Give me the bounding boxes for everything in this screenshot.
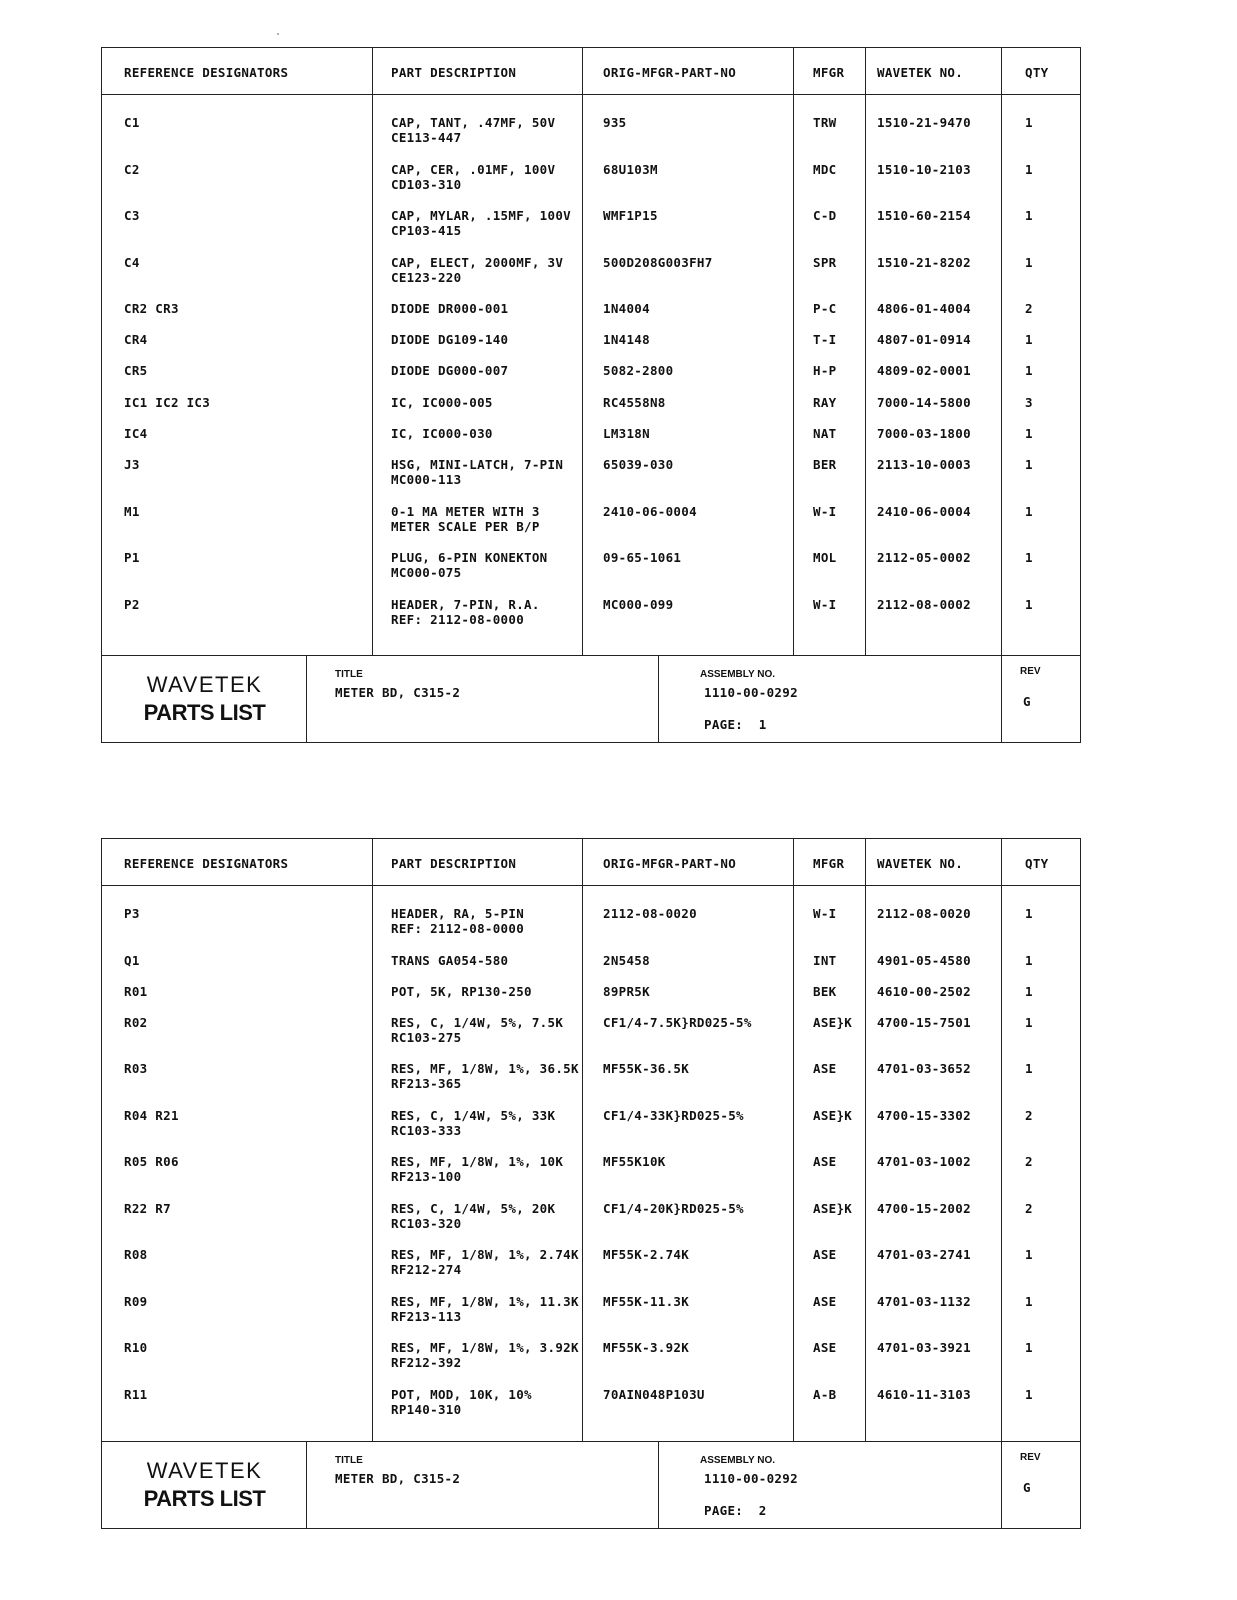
wavetek-no-cell: 2410-06-0004	[877, 504, 971, 519]
wavetek-no-cell: 1510-21-8202	[877, 255, 971, 270]
quantity-cell: 1	[1025, 363, 1033, 378]
part-description-cell: RES, MF, 1/8W, 1%, 2.74K RF212-274	[391, 1247, 579, 1277]
rev-label: REV	[1020, 666, 1041, 677]
reference-designator-cell: R09	[124, 1294, 147, 1309]
part-description-cell: POT, MOD, 10K, 10% RP140-310	[391, 1387, 532, 1417]
quantity-cell: 1	[1025, 1387, 1033, 1402]
header-qty: QTY	[1025, 48, 1048, 94]
wavetek-no-cell: 4701-03-2741	[877, 1247, 971, 1262]
wavetek-logo: WAVETEK PARTS LIST	[102, 656, 307, 742]
reference-designator-cell: C4	[124, 255, 140, 270]
wavetek-no-cell: 2112-05-0002	[877, 550, 971, 565]
orig-mfgr-part-no-cell: 2410-06-0004	[603, 504, 697, 519]
part-description-cell: RES, C, 1/4W, 5%, 33K RC103-333	[391, 1108, 555, 1138]
reference-designator-cell: R05 R06	[124, 1154, 179, 1169]
part-description-cell: PLUG, 6-PIN KONEKTON MC000-075	[391, 550, 548, 580]
header-wavetek-no: WAVETEK NO.	[877, 839, 963, 885]
quantity-cell: 1	[1025, 953, 1033, 968]
column-divider	[793, 48, 794, 656]
assembly-number: 1110-00-0292	[704, 685, 798, 700]
mfgr-cell: INT	[813, 953, 836, 968]
mfgr-cell: TRW	[813, 115, 836, 130]
wavetek-no-cell: 4701-03-1002	[877, 1154, 971, 1169]
reference-designator-cell: R01	[124, 984, 147, 999]
orig-mfgr-part-no-cell: LM318N	[603, 426, 650, 441]
part-description-cell: IC, IC000-030	[391, 426, 493, 441]
orig-mfgr-part-no-cell: 70AIN048P103U	[603, 1387, 705, 1402]
part-description-cell: RES, C, 1/4W, 5%, 20K RC103-320	[391, 1201, 555, 1231]
mfgr-cell: BEK	[813, 984, 836, 999]
orig-mfgr-part-no-cell: 500D208G003FH7	[603, 255, 713, 270]
wavetek-no-cell: 4701-03-3652	[877, 1061, 971, 1076]
wavetek-no-cell: 1510-10-2103	[877, 162, 971, 177]
mfgr-cell: NAT	[813, 426, 836, 441]
part-description-cell: CAP, CER, .01MF, 100V CD103-310	[391, 162, 555, 192]
orig-mfgr-part-no-cell: 2N5458	[603, 953, 650, 968]
quantity-cell: 1	[1025, 426, 1033, 441]
orig-mfgr-part-no-cell: MF55K10K	[603, 1154, 666, 1169]
reference-designator-cell: R04 R21	[124, 1108, 179, 1123]
divider	[306, 1442, 307, 1528]
quantity-cell: 1	[1025, 1247, 1033, 1262]
reference-designator-cell: CR5	[124, 363, 147, 378]
revision: G	[1023, 1480, 1031, 1495]
wavetek-no-cell: 4610-00-2502	[877, 984, 971, 999]
reference-designator-cell: C1	[124, 115, 140, 130]
orig-mfgr-part-no-cell: WMF1P15	[603, 208, 658, 223]
assembly-no-label: ASSEMBLY NO.	[700, 1455, 775, 1466]
orig-mfgr-part-no-cell: 935	[603, 115, 626, 130]
part-description-cell: RES, MF, 1/8W, 1%, 3.92K RF212-392	[391, 1340, 579, 1370]
part-description-cell: DIODE DG109-140	[391, 332, 508, 347]
mfgr-cell: RAY	[813, 395, 836, 410]
part-description-cell: RES, C, 1/4W, 5%, 7.5K RC103-275	[391, 1015, 563, 1045]
wavetek-no-cell: 4806-01-4004	[877, 301, 971, 316]
part-description-cell: HEADER, 7-PIN, R.A. REF: 2112-08-0000	[391, 597, 540, 627]
column-divider	[372, 839, 373, 1442]
divider	[658, 656, 659, 742]
quantity-cell: 2	[1025, 301, 1033, 316]
page-number: PAGE: 1	[704, 717, 767, 732]
orig-mfgr-part-no-cell: MF55K-36.5K	[603, 1061, 689, 1076]
reference-designator-cell: R08	[124, 1247, 147, 1262]
mfgr-cell: ASE	[813, 1154, 836, 1169]
column-divider	[1001, 48, 1002, 656]
brand-name: WAVETEK	[102, 672, 307, 698]
reference-designator-cell: P1	[124, 550, 140, 565]
reference-designator-cell: R03	[124, 1061, 147, 1076]
column-divider	[865, 839, 866, 1442]
header-wavetek-no: WAVETEK NO.	[877, 48, 963, 94]
part-description-cell: HEADER, RA, 5-PIN REF: 2112-08-0000	[391, 906, 524, 936]
column-divider	[793, 839, 794, 1442]
part-description-cell: RES, MF, 1/8W, 1%, 10K RF213-100	[391, 1154, 563, 1184]
header-part-description: PART DESCRIPTION	[391, 839, 516, 885]
reference-designator-cell: R11	[124, 1387, 147, 1402]
page-number: PAGE: 2	[704, 1503, 767, 1518]
mfgr-cell: ASE}K	[813, 1015, 852, 1030]
column-divider	[865, 48, 866, 656]
wavetek-no-cell: 4701-03-3921	[877, 1340, 971, 1355]
mfgr-cell: MDC	[813, 162, 836, 177]
quantity-cell: 2	[1025, 1154, 1033, 1169]
part-description-cell: RES, MF, 1/8W, 1%, 11.3K RF213-113	[391, 1294, 579, 1324]
reference-designator-cell: IC1 IC2 IC3	[124, 395, 210, 410]
header-orig-mfgr-part-no: ORIG-MFGR-PART-NO	[603, 48, 736, 94]
table-header: REFERENCE DESIGNATORS PART DESCRIPTION O…	[102, 48, 1080, 95]
mfgr-cell: A-B	[813, 1387, 836, 1402]
mfgr-cell: ASE	[813, 1294, 836, 1309]
title-label: TITLE	[335, 1455, 363, 1466]
orig-mfgr-part-no-cell: MF55K-3.92K	[603, 1340, 689, 1355]
mfgr-cell: P-C	[813, 301, 836, 316]
reference-designator-cell: C3	[124, 208, 140, 223]
quantity-cell: 1	[1025, 984, 1033, 999]
orig-mfgr-part-no-cell: 5082-2800	[603, 363, 673, 378]
orig-mfgr-part-no-cell: 1N4004	[603, 301, 650, 316]
wavetek-no-cell: 2112-08-0002	[877, 597, 971, 612]
assembly-number: 1110-00-0292	[704, 1471, 798, 1486]
orig-mfgr-part-no-cell: MC000-099	[603, 597, 673, 612]
part-description-cell: DIODE DR000-001	[391, 301, 508, 316]
reference-designator-cell: R10	[124, 1340, 147, 1355]
wavetek-no-cell: 2112-08-0020	[877, 906, 971, 921]
header-reference-designators: REFERENCE DESIGNATORS	[124, 839, 288, 885]
parts-list-sheet-page-1: REFERENCE DESIGNATORS PART DESCRIPTION O…	[101, 47, 1081, 743]
mfgr-cell: T-I	[813, 332, 836, 347]
quantity-cell: 1	[1025, 332, 1033, 347]
reference-designator-cell: C2	[124, 162, 140, 177]
reference-designator-cell: M1	[124, 504, 140, 519]
orig-mfgr-part-no-cell: 89PR5K	[603, 984, 650, 999]
orig-mfgr-part-no-cell: 68U103M	[603, 162, 658, 177]
mfgr-cell: W-I	[813, 906, 836, 921]
column-divider	[582, 839, 583, 1442]
mfgr-cell: MOL	[813, 550, 836, 565]
header-mfgr: MFGR	[813, 839, 844, 885]
wavetek-no-cell: 7000-14-5800	[877, 395, 971, 410]
quantity-cell: 1	[1025, 550, 1033, 565]
orig-mfgr-part-no-cell: MF55K-2.74K	[603, 1247, 689, 1262]
reference-designator-cell: CR4	[124, 332, 147, 347]
orig-mfgr-part-no-cell: 1N4148	[603, 332, 650, 347]
parts-list-sheet-page-2: REFERENCE DESIGNATORS PART DESCRIPTION O…	[101, 838, 1081, 1529]
column-divider	[582, 48, 583, 656]
mfgr-cell: ASE	[813, 1340, 836, 1355]
quantity-cell: 2	[1025, 1201, 1033, 1216]
column-divider	[1001, 839, 1002, 1442]
quantity-cell: 1	[1025, 1340, 1033, 1355]
wavetek-no-cell: 4809-02-0001	[877, 363, 971, 378]
wavetek-no-cell: 1510-21-9470	[877, 115, 971, 130]
part-description-cell: TRANS GA054-580	[391, 953, 508, 968]
wavetek-no-cell: 4700-15-7501	[877, 1015, 971, 1030]
header-part-description: PART DESCRIPTION	[391, 48, 516, 94]
mfgr-cell: ASE	[813, 1247, 836, 1262]
part-description-cell: CAP, TANT, .47MF, 50V CE113-447	[391, 115, 555, 145]
quantity-cell: 1	[1025, 1061, 1033, 1076]
divider	[658, 1442, 659, 1528]
quantity-cell: 1	[1025, 597, 1033, 612]
reference-designator-cell: P2	[124, 597, 140, 612]
mfgr-cell: ASE}K	[813, 1201, 852, 1216]
scan-speck	[277, 33, 279, 35]
wavetek-no-cell: 4807-01-0914	[877, 332, 971, 347]
orig-mfgr-part-no-cell: CF1/4-20K}RD025-5%	[603, 1201, 744, 1216]
reference-designator-cell: IC4	[124, 426, 147, 441]
table-header: REFERENCE DESIGNATORS PART DESCRIPTION O…	[102, 839, 1080, 886]
part-description-cell: CAP, MYLAR, .15MF, 100V CP103-415	[391, 208, 571, 238]
divider	[1001, 656, 1002, 742]
wavetek-no-cell: 4610-11-3103	[877, 1387, 971, 1402]
orig-mfgr-part-no-cell: CF1/4-7.5K}RD025-5%	[603, 1015, 752, 1030]
assembly-title: METER BD, C315-2	[335, 685, 460, 700]
part-description-cell: CAP, ELECT, 2000MF, 3V CE123-220	[391, 255, 563, 285]
quantity-cell: 1	[1025, 906, 1033, 921]
reference-designator-cell: J3	[124, 457, 140, 472]
mfgr-cell: H-P	[813, 363, 836, 378]
orig-mfgr-part-no-cell: MF55K-11.3K	[603, 1294, 689, 1309]
divider	[1001, 1442, 1002, 1528]
reference-designator-cell: R22 R7	[124, 1201, 171, 1216]
wavetek-no-cell: 4901-05-4580	[877, 953, 971, 968]
part-description-cell: RES, MF, 1/8W, 1%, 36.5K RF213-365	[391, 1061, 579, 1091]
reference-designator-cell: CR2 CR3	[124, 301, 179, 316]
brand-name: WAVETEK	[102, 1458, 307, 1484]
quantity-cell: 2	[1025, 1108, 1033, 1123]
part-description-cell: HSG, MINI-LATCH, 7-PIN MC000-113	[391, 457, 563, 487]
part-description-cell: IC, IC000-005	[391, 395, 493, 410]
part-description-cell: 0-1 MA METER WITH 3 METER SCALE PER B/P	[391, 504, 540, 534]
wavetek-logo: WAVETEK PARTS LIST	[102, 1442, 307, 1528]
quantity-cell: 1	[1025, 1015, 1033, 1030]
orig-mfgr-part-no-cell: 2112-08-0020	[603, 906, 697, 921]
wavetek-no-cell: 2113-10-0003	[877, 457, 971, 472]
mfgr-cell: W-I	[813, 597, 836, 612]
revision: G	[1023, 694, 1031, 709]
reference-designator-cell: R02	[124, 1015, 147, 1030]
title-label: TITLE	[335, 669, 363, 680]
quantity-cell: 1	[1025, 504, 1033, 519]
column-divider	[372, 48, 373, 656]
quantity-cell: 1	[1025, 208, 1033, 223]
mfgr-cell: ASE}K	[813, 1108, 852, 1123]
wavetek-no-cell: 1510-60-2154	[877, 208, 971, 223]
orig-mfgr-part-no-cell: 65039-030	[603, 457, 673, 472]
reference-designator-cell: P3	[124, 906, 140, 921]
quantity-cell: 1	[1025, 1294, 1033, 1309]
quantity-cell: 1	[1025, 457, 1033, 472]
title-block: WAVETEK PARTS LIST TITLE METER BD, C315-…	[102, 1441, 1080, 1528]
wavetek-no-cell: 4701-03-1132	[877, 1294, 971, 1309]
rev-label: REV	[1020, 1452, 1041, 1463]
quantity-cell: 1	[1025, 255, 1033, 270]
header-orig-mfgr-part-no: ORIG-MFGR-PART-NO	[603, 839, 736, 885]
assembly-no-label: ASSEMBLY NO.	[700, 669, 775, 680]
quantity-cell: 3	[1025, 395, 1033, 410]
orig-mfgr-part-no-cell: 09-65-1061	[603, 550, 681, 565]
quantity-cell: 1	[1025, 162, 1033, 177]
header-mfgr: MFGR	[813, 48, 844, 94]
quantity-cell: 1	[1025, 115, 1033, 130]
mfgr-cell: C-D	[813, 208, 836, 223]
reference-designator-cell: Q1	[124, 953, 140, 968]
assembly-title: METER BD, C315-2	[335, 1471, 460, 1486]
document-type: PARTS LIST	[102, 700, 307, 726]
wavetek-no-cell: 4700-15-2002	[877, 1201, 971, 1216]
mfgr-cell: BER	[813, 457, 836, 472]
mfgr-cell: W-I	[813, 504, 836, 519]
title-block: WAVETEK PARTS LIST TITLE METER BD, C315-…	[102, 655, 1080, 742]
header-reference-designators: REFERENCE DESIGNATORS	[124, 48, 288, 94]
document-type: PARTS LIST	[102, 1486, 307, 1512]
divider	[306, 656, 307, 742]
part-description-cell: POT, 5K, RP130-250	[391, 984, 532, 999]
wavetek-no-cell: 4700-15-3302	[877, 1108, 971, 1123]
header-qty: QTY	[1025, 839, 1048, 885]
orig-mfgr-part-no-cell: CF1/4-33K}RD025-5%	[603, 1108, 744, 1123]
mfgr-cell: SPR	[813, 255, 836, 270]
mfgr-cell: ASE	[813, 1061, 836, 1076]
part-description-cell: DIODE DG000-007	[391, 363, 508, 378]
orig-mfgr-part-no-cell: RC4558N8	[603, 395, 666, 410]
wavetek-no-cell: 7000-03-1800	[877, 426, 971, 441]
